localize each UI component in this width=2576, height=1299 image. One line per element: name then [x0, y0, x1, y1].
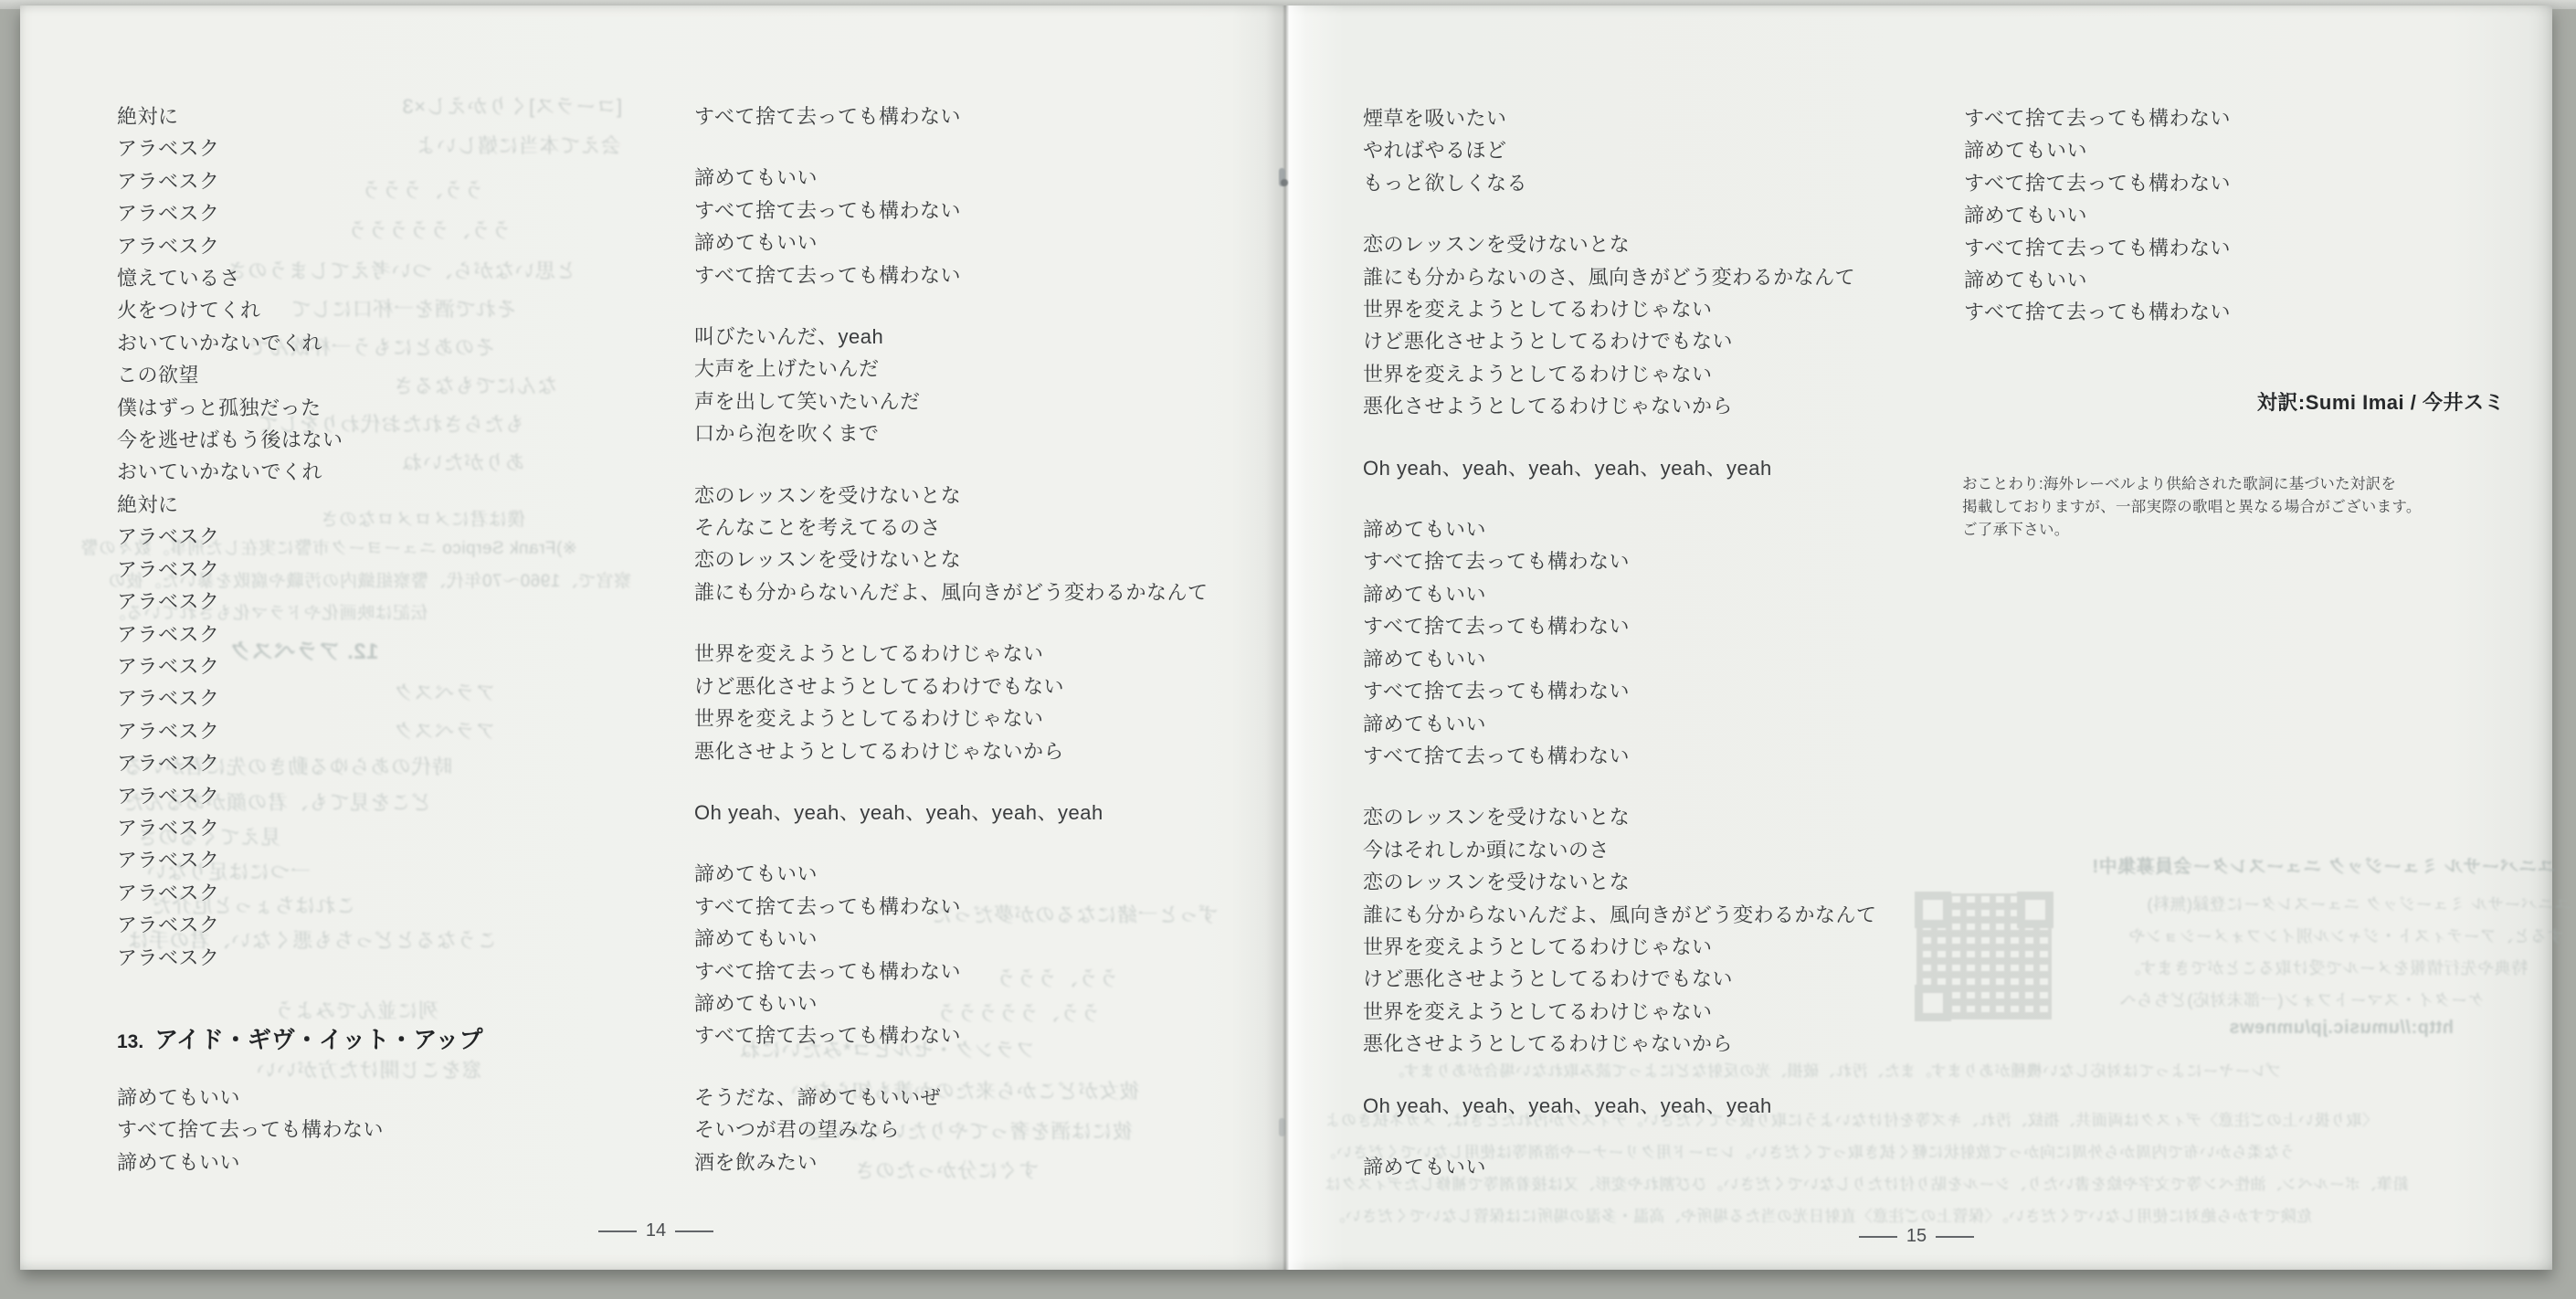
- lyric-line: 叫びたいんだ、yeah: [694, 321, 1209, 353]
- dash-rule: [598, 1230, 637, 1232]
- lyric-line: おいていかないでくれ: [117, 456, 343, 488]
- lyric-line: アラベスク: [117, 747, 343, 779]
- lyric-line: 世界を変えようとしてるわけじゃない: [694, 702, 1209, 734]
- lyric-line: すべて捨て去っても構わない: [694, 891, 1209, 923]
- lyric-line: Oh yeah、yeah、yeah、yeah、yeah、yeah: [694, 797, 1209, 829]
- lyric-stanza: 煙草を吸いたいやればやるほどもっと欲しくなる: [1363, 102, 1877, 199]
- page14-column1-lyrics-after-heading: 諦めてもいいすべて捨て去っても構わない諦めてもいい: [117, 1082, 384, 1178]
- lyric-line: 諦めてもいい: [1964, 134, 2231, 166]
- lyric-line: 世界を変えようとしてるわけじゃない: [694, 638, 1209, 670]
- lyric-line: すべて捨て去っても構わない: [1363, 740, 1877, 772]
- lyric-line: 恋のレッスンを受けないとな: [1363, 801, 1877, 833]
- note-line: 掲載しておりますが、一部実際の歌唱と異なる場合がございます。: [1962, 496, 2422, 519]
- track13-number: 13.: [117, 1031, 143, 1053]
- lyric-line: けど悪化させようとしてるわけでもない: [694, 671, 1209, 702]
- lyric-line: 恋のレッスンを受けないとな: [694, 480, 1209, 512]
- lyric-line: アラベスク: [117, 942, 343, 974]
- lyric-line: 恋のレッスンを受けないとな: [1363, 866, 1877, 898]
- dash-rule: [675, 1230, 713, 1232]
- lyric-line: 悪化させようとしてるわけじゃないから: [1363, 390, 1877, 422]
- lyric-line: アラベスク: [117, 165, 343, 197]
- lyric-line: 諦めてもいい: [117, 1146, 384, 1178]
- lyric-stanza: 諦めてもいいすべて捨て去っても構わない諦めてもいい: [117, 1082, 384, 1178]
- lyric-line: おいていかないでくれ: [117, 327, 343, 359]
- lyric-line: すべて捨て去っても構わない: [694, 259, 1209, 291]
- dash-rule: [1936, 1236, 1974, 1238]
- lyric-stanza: 恋のレッスンを受けないとなそんなことを考えてるのさ恋のレッスンを受けないとな誰に…: [694, 480, 1209, 609]
- lyric-line: すべて捨て去っても構わない: [1964, 102, 2231, 134]
- staple-pinch-mark: [1281, 179, 1288, 186]
- lyric-line: 世界を変えようとしてるわけじゃない: [1363, 996, 1877, 1028]
- lyric-line: 煙草を吸いたい: [1363, 102, 1877, 134]
- lyric-line: すべて捨て去っても構わない: [1964, 232, 2231, 264]
- lyric-line: そいつが君の望みなら: [694, 1114, 1209, 1146]
- lyric-line: 悪化させようとしてるわけじゃないから: [1363, 1028, 1877, 1060]
- lyric-line: アラベスク: [117, 844, 343, 876]
- lyric-stanza: 恋のレッスンを受けないとな今はそれしか頭にないのさ恋のレッスンを受けないとな誰に…: [1363, 801, 1877, 1060]
- lyric-line: アラベスク: [117, 780, 343, 812]
- lyric-stanza: 諦めてもいい: [1363, 1151, 1877, 1183]
- lyric-line: アラベスク: [117, 715, 343, 747]
- lyric-stanza: 世界を変えようとしてるわけじゃないけど悪化させようとしてるわけでもない世界を変え…: [694, 638, 1209, 767]
- lyric-stanza: すべて捨て去っても構わない: [694, 100, 1209, 132]
- page15-column4-lyrics: すべて捨て去っても構わない諦めてもいいすべて捨て去っても構わない諦めてもいいすべ…: [1964, 102, 2231, 329]
- lyric-line: そんなことを考えてるのさ: [694, 512, 1209, 544]
- lyric-line: 誰にも分からないんだよ、風向きがどう変わるかなんて: [1363, 899, 1877, 931]
- lyric-line: そうだな、諦めてもいいぜ: [694, 1082, 1209, 1114]
- lyric-line: この欲望: [117, 359, 343, 391]
- scanned-booklet-spread: [コーラス]くりかえし×3会えて本当に嬉しいようう、ううううう、うううううと思い…: [0, 0, 2576, 1299]
- note-line: おことわり:海外レーベルより供給された歌詞に基づいた対訳を: [1962, 473, 2422, 496]
- lyric-line: 大声を上げたいんだ: [694, 353, 1209, 385]
- lyric-stanza: Oh yeah、yeah、yeah、yeah、yeah、yeah: [694, 797, 1209, 829]
- lyric-line: 諦めてもいい: [694, 923, 1209, 955]
- dash-rule: [1859, 1236, 1897, 1238]
- lyric-line: すべて捨て去っても構わない: [694, 956, 1209, 987]
- lyric-line: すべて捨て去っても構わない: [1964, 167, 2231, 199]
- lyric-line: アラベスク: [117, 197, 343, 229]
- page15-column3-lyrics: 煙草を吸いたいやればやるほどもっと欲しくなる恋のレッスンを受けないとな誰にも分か…: [1363, 102, 1877, 1183]
- lyric-line: 絶対に: [117, 100, 343, 132]
- lyric-line: アラベスク: [117, 682, 343, 714]
- lyric-stanza: 諦めてもいいすべて捨て去っても構わない諦めてもいいすべて捨て去っても構わない: [694, 162, 1209, 291]
- lyric-line: Oh yeah、yeah、yeah、yeah、yeah、yeah: [1363, 1090, 1877, 1122]
- lyric-stanza: そうだな、諦めてもいいぜそいつが君の望みなら酒を飲みたい: [694, 1082, 1209, 1178]
- lyric-line: すべて捨て去っても構わない: [1363, 545, 1877, 577]
- lyric-line: すべて捨て去っても構わない: [694, 1019, 1209, 1051]
- lyric-stanza: Oh yeah、yeah、yeah、yeah、yeah、yeah: [1363, 1090, 1877, 1122]
- lyric-line: 火をつけてくれ: [117, 294, 343, 326]
- lyric-line: けど悪化させようとしてるわけでもない: [1363, 963, 1877, 995]
- lyric-line: 諦めてもいい: [694, 858, 1209, 890]
- lyric-line: アラベスク: [117, 554, 343, 586]
- lyric-line: 世界を変えようとしてるわけじゃない: [1363, 293, 1877, 325]
- lyric-stanza: 諦めてもいいすべて捨て去っても構わない諦めてもいいすべて捨て去っても構わない諦め…: [694, 858, 1209, 1051]
- lyric-line: 諦めてもいい: [694, 227, 1209, 259]
- lyric-line: 諦めてもいい: [1363, 1151, 1877, 1183]
- lyric-line: すべて捨て去っても構わない: [694, 195, 1209, 227]
- lyric-stanza: 絶対にアラベスクアラベスクアラベスクアラベスク憶えているさ火をつけてくれおいてい…: [117, 100, 343, 974]
- lyric-line: アラベスク: [117, 812, 343, 844]
- lyric-line: 諦めてもいい: [1363, 578, 1877, 610]
- disclaimer-note: おことわり:海外レーベルより供給された歌詞に基づいた対訳を掲載しておりますが、一…: [1962, 473, 2422, 542]
- lyric-line: 口から泡を吹くまで: [694, 417, 1209, 449]
- lyric-stanza: 恋のレッスンを受けないとな誰にも分からないのさ、風向きがどう変わるかなんて世界を…: [1363, 228, 1877, 422]
- lyric-line: 酒を飲みたい: [694, 1146, 1209, 1178]
- lyric-line: 声を出して笑いたいんだ: [694, 385, 1209, 417]
- lyric-line: 世界を変えようとしてるわけじゃない: [1363, 931, 1877, 963]
- lyric-line: 憶えているさ: [117, 262, 343, 294]
- staple-icon-lower: [1279, 1118, 1285, 1136]
- lyric-line: すべて捨て去っても構わない: [117, 1114, 384, 1146]
- lyric-line: すべて捨て去っても構わない: [1363, 675, 1877, 707]
- lyric-line: 今を逃せばもう後はない: [117, 424, 343, 456]
- lyric-line: 諦めてもいい: [1363, 513, 1877, 545]
- lyric-line: アラベスク: [117, 132, 343, 164]
- lyric-line: 諦めてもいい: [1964, 199, 2231, 231]
- lyric-line: けど悪化させようとしてるわけでもない: [1363, 325, 1877, 357]
- page14-column2-lyrics: すべて捨て去っても構わない諦めてもいいすべて捨て去っても構わない諦めてもいいすべ…: [694, 100, 1209, 1178]
- lyric-stanza: 叫びたいんだ、yeah大声を上げたいんだ声を出して笑いたいんだ口から泡を吹くまで: [694, 321, 1209, 450]
- lyric-line: 誰にも分からないんだよ、風向きがどう変わるかなんて: [694, 576, 1209, 608]
- lyric-line: 恋のレッスンを受けないとな: [1363, 228, 1877, 260]
- lyric-line: 諦めてもいい: [1363, 708, 1877, 740]
- note-line: ご了承下さい。: [1962, 519, 2422, 542]
- lyric-line: すべて捨て去っても構わない: [1363, 610, 1877, 642]
- lyric-line: アラベスク: [117, 618, 343, 650]
- lyric-line: 諦めてもいい: [694, 162, 1209, 194]
- lyric-stanza: 諦めてもいいすべて捨て去っても構わない諦めてもいいすべて捨て去っても構わない諦め…: [1363, 513, 1877, 772]
- lyric-line: アラベスク: [117, 909, 343, 941]
- page-number-14: 14: [555, 1220, 756, 1241]
- lyric-line: アラベスク: [117, 586, 343, 618]
- lyric-line: すべて捨て去っても構わない: [694, 100, 1209, 132]
- lyric-line: 世界を変えようとしてるわけじゃない: [1363, 358, 1877, 390]
- lyric-line: 諦めてもいい: [1363, 643, 1877, 675]
- page-number-text: 14: [646, 1220, 666, 1241]
- track13-title: アイド・ギヴ・イット・アップ: [154, 1021, 482, 1055]
- lyric-line: 絶対に: [117, 489, 343, 521]
- lyric-line: アラベスク: [117, 650, 343, 682]
- lyric-line: Oh yeah、yeah、yeah、yeah、yeah、yeah: [1363, 452, 1877, 484]
- lyric-line: アラベスク: [117, 877, 343, 909]
- lyric-stanza: すべて捨て去っても構わない諦めてもいいすべて捨て去っても構わない諦めてもいいすべ…: [1964, 102, 2231, 329]
- lyric-line: 悪化させようとしてるわけじゃないから: [694, 735, 1209, 767]
- lyric-line: アラベスク: [117, 230, 343, 262]
- lyric-line: アラベスク: [117, 521, 343, 553]
- lyric-line: 誰にも分からないのさ、風向きがどう変わるかなんて: [1363, 261, 1877, 293]
- page-number-text: 15: [1906, 1226, 1927, 1247]
- lyric-line: やればやるほど: [1363, 134, 1877, 166]
- page14-column1-lyrics: 絶対にアラベスクアラベスクアラベスクアラベスク憶えているさ火をつけてくれおいてい…: [117, 100, 343, 974]
- lyric-line: 今はそれしか頭にないのさ: [1363, 834, 1877, 866]
- track13-heading: 13. アイド・ギヴ・イット・アップ: [117, 1021, 483, 1055]
- lyric-line: もっと欲しくなる: [1363, 167, 1877, 199]
- lyric-line: 諦めてもいい: [117, 1082, 384, 1114]
- lyric-stanza: Oh yeah、yeah、yeah、yeah、yeah、yeah: [1363, 452, 1877, 484]
- lyric-line: 諦めてもいい: [694, 987, 1209, 1019]
- lyric-line: すべて捨て去っても構わない: [1964, 296, 2231, 328]
- lyric-line: 僕はずっと孤独だった: [117, 392, 343, 424]
- lyric-line: 諦めてもいい: [1964, 264, 2231, 296]
- translation-credit: 対訳:Sumi Imai / 今井スミ: [1964, 387, 2505, 416]
- lyric-line: 恋のレッスンを受けないとな: [694, 544, 1209, 576]
- page-number-15: 15: [1816, 1226, 2017, 1247]
